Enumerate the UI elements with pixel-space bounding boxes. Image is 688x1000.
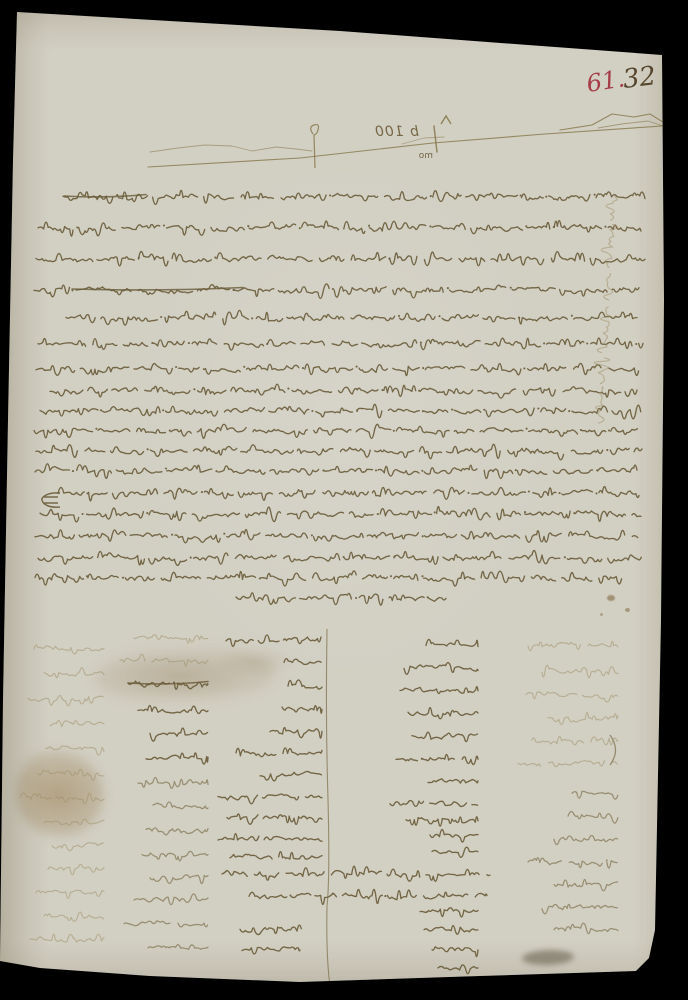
word-column-1 [20,645,104,942]
handwriting-stroke [167,465,212,472]
handwriting-stroke [542,665,618,677]
handwriting-stroke [305,795,322,797]
word-column-2 [120,635,208,950]
handwriting-stroke [424,572,475,586]
handwriting-stroke [161,572,200,581]
handwriting-stroke [179,367,200,372]
interpunct-dot [447,287,449,289]
handwriting-stroke [359,365,387,373]
handwriting-stroke [130,533,167,537]
paragraph-mark [42,493,60,507]
handwriting-stroke [263,815,322,825]
handwriting-stroke [390,801,424,807]
word-column-4 [390,639,478,973]
word-list-item [30,934,104,942]
handwriting-stroke [198,387,226,394]
handwriting-stroke [424,410,448,414]
handwriting-stroke [438,965,478,974]
handwriting-stroke [547,339,584,346]
vertical-margin-note [589,195,621,423]
handwriting-stroke [44,819,104,825]
handwriting-stroke [351,315,395,320]
interpunct-dot [608,429,610,431]
interpunct-dot [203,368,205,370]
handwriting-stroke [50,390,83,396]
handwriting-stroke [430,801,467,806]
interpunct-dot [243,366,245,368]
word-list-item [424,925,478,934]
word-list-item [134,635,208,643]
mirrored-sub-marks: mo [418,151,433,161]
handwriting-stroke [44,668,104,678]
handwriting-stroke [315,893,336,904]
word-list-item [400,687,478,694]
photo-background: 61. 32 b 100 mo [0,0,688,1000]
mirrored-measure-label: b 100 [374,124,419,140]
handwriting-stroke [551,252,584,262]
word-list-item [146,828,208,835]
interpunct-dot [311,410,313,412]
handwriting-stroke [194,446,237,455]
handwriting-stroke [36,254,93,262]
handwriting-stroke [79,530,126,541]
word-list-item [230,852,322,859]
handwriting-stroke [344,552,389,560]
handwriting-stroke [424,925,478,934]
handwriting-stroke [571,450,602,454]
handwriting-stroke [612,405,641,419]
handwriting-line [236,593,446,605]
handwriting-stroke [197,424,246,438]
handwriting-stroke [266,533,308,538]
handwriting-stroke [122,225,160,230]
handwriting-stroke [207,572,255,580]
handwriting-stroke [390,253,417,265]
word-list-item [52,843,103,851]
handwriting-stroke [291,893,310,897]
handwriting-stroke [421,339,480,349]
handwriting-stroke [286,868,324,877]
handwriting-stroke [34,285,70,297]
interpunct-dot [175,366,177,368]
handwriting-stroke [263,794,299,800]
interpunct-dot [329,194,331,196]
handwriting-stroke [316,408,353,417]
word-list-item [284,659,321,665]
handwriting-stroke [88,574,118,579]
interpunct-dot [160,316,162,318]
handwriting-stroke [422,754,454,760]
handwriting-stroke [612,288,639,293]
handwriting-stroke [609,368,639,375]
word-list-item [528,858,617,868]
handwriting-stroke [432,947,478,957]
handwriting-stroke [93,339,117,350]
folio-number-red: 61. [585,64,627,98]
handwriting-stroke [475,893,487,896]
handwriting-stroke [334,287,386,298]
word-list-item [554,835,618,844]
handwriting-stroke [240,925,301,934]
handwriting-stroke [424,465,477,474]
handwriting-stroke [428,779,478,783]
handwriting-stroke [194,553,228,564]
handwriting-stroke [605,195,618,220]
word-list-item [270,728,322,739]
interpunct-dot [287,388,289,390]
interpunct-dot [122,577,124,579]
handwriting-stroke [66,315,95,323]
handwriting-line [40,507,641,522]
word-list-item [46,746,104,755]
handwriting-stroke [204,489,233,499]
handwriting-stroke [408,708,478,719]
word-list-item [528,641,618,650]
handwriting-stroke [224,408,264,413]
handwriting-stroke [554,835,618,844]
handwriting-stroke [261,573,306,586]
word-list-item [572,791,618,799]
handwriting-stroke [153,340,184,347]
handwriting-stroke [528,642,580,651]
handwriting-stroke [87,508,144,519]
handwriting-stroke [393,287,443,298]
interpunct-dot [188,342,190,344]
interpunct-dot [451,409,453,411]
handwriting-stroke [218,834,259,841]
handwriting-stroke [124,921,170,926]
handwriting-stroke [509,550,560,563]
handwriting-stroke [223,310,249,324]
handwriting-stroke [288,680,322,689]
interpunct-dot [467,492,469,494]
handwriting-stroke [241,445,293,454]
handwriting-stroke [527,223,550,229]
handwriting-stroke [34,645,104,654]
handwriting-stroke [471,364,521,375]
handwriting-stroke [287,511,343,519]
interpunct-dot [247,225,249,227]
handwriting-stroke [388,409,419,412]
handwriting-stroke [608,555,642,563]
handwriting-stroke [462,756,478,764]
handwriting-line [36,444,642,460]
handwriting-stroke [242,947,300,954]
word-list-item [150,875,208,884]
handwriting-line [38,550,641,565]
handwriting-stroke [284,554,340,562]
handwriting-stroke [249,892,287,898]
handwriting-stroke [593,357,610,384]
interpunct-dot [545,196,547,198]
handwriting-stroke [270,728,322,739]
handwriting-stroke [597,306,611,353]
handwriting-stroke [394,574,418,580]
handwriting-stroke [412,732,478,741]
interpunct-dot [72,470,74,472]
handwriting-stroke [258,635,279,643]
handwriting-stroke [134,635,208,643]
interpunct-dot [429,225,431,227]
handwriting-stroke [588,641,618,647]
handwriting-stroke [40,409,98,416]
handwriting-stroke [362,340,417,348]
handwriting-stroke [149,557,187,565]
interpunct-dot [430,195,432,197]
handwriting-stroke [245,507,280,521]
handwriting-stroke [466,193,518,200]
handwriting-stroke [525,511,570,518]
handwriting-line [222,866,490,881]
handwriting-stroke [38,222,73,236]
handwriting-stroke [35,574,84,585]
handwriting-stroke [396,759,417,761]
handwriting-stroke [283,637,321,644]
handwriting-stroke [278,284,329,299]
interpunct-dot [434,511,436,513]
handwriting-stroke [138,706,208,714]
paragraph-mark-glyph [42,493,60,507]
handwriting-stroke [447,444,501,458]
handwriting-stroke [120,654,145,662]
interpunct-dot [215,470,217,472]
handwriting-stroke [434,487,464,499]
handwriting-stroke [56,793,104,803]
folio-numbers: 61. 32 [585,61,658,98]
handwriting-stroke [287,313,344,320]
word-list-item [282,706,322,714]
interpunct-dot [162,409,164,411]
handwriting-stroke [167,226,205,236]
handwriting-stroke [517,470,546,475]
handwriting-stroke [420,388,472,395]
handwriting-stroke [393,366,419,375]
word-list-item [432,847,478,857]
interpunct-dot [375,469,377,471]
word-list-item [428,779,478,783]
word-list-item [120,654,208,666]
handwriting-stroke [487,875,490,876]
handwriting-stroke [235,555,276,559]
word-list-item [148,945,208,950]
handwriting-stroke [137,428,166,433]
word-list-item [260,771,322,781]
interpunct-dot [528,490,530,492]
handwriting-stroke [332,341,357,346]
handwriting-stroke [238,492,272,500]
handwriting-stroke [153,190,198,204]
handwriting-stroke [150,728,208,741]
handwriting-stroke [30,934,104,942]
interpunct-dot [543,342,545,344]
handwriting-stroke [112,388,138,391]
handwriting-stroke [269,407,309,414]
interpunct-dot [526,428,528,430]
handwriting-stroke [340,448,370,458]
interpunct-dot [537,407,539,409]
word-list-item [218,794,322,804]
handwriting-stroke [563,387,621,397]
interpunct-dot [311,534,313,536]
handwriting-stroke [526,531,562,542]
handwriting-stroke [279,852,322,859]
handwriting-stroke [375,450,414,457]
handwriting-stroke [396,426,449,437]
handwriting-stroke [378,466,419,476]
handwriting-line [34,424,637,438]
word-list-item [390,801,478,807]
word-list-item [548,712,618,724]
handwriting-stroke [77,465,112,479]
interpunct-dot [381,389,383,391]
handwriting-stroke [254,872,278,880]
handwriting-stroke [224,343,263,350]
handwriting-stroke [472,488,526,496]
word-list-item [150,728,208,741]
interpunct-dot [595,492,597,494]
handwriting-line [36,251,645,266]
handwriting-stroke [300,593,352,604]
handwriting-stroke [625,389,637,396]
strikethrough-line [64,195,146,197]
handwriting-stroke [549,195,590,201]
interpunct-dot [165,467,167,469]
handwriting-stroke [222,871,247,877]
handwriting-stroke [218,466,265,474]
interpunct-dot [568,410,570,412]
handwriting-stroke [569,861,602,868]
handwriting-stroke [48,864,104,875]
handwriting-stroke [314,428,351,435]
handwriting-stroke [324,466,373,472]
handwriting-stroke [98,551,145,564]
handwriting-stroke [146,753,208,764]
word-list-item [396,754,478,764]
word-list-item [44,912,104,921]
word-list-item [242,947,300,954]
handwriting-stroke [481,571,524,582]
margin-note-run [589,195,621,423]
handwriting-stroke [332,193,377,200]
handwriting-stroke [533,488,556,497]
handwriting-stroke [331,866,381,878]
word-list-item [240,925,301,934]
word-list-item [288,680,322,689]
handwriting-stroke [528,364,566,371]
interpunct-dot [251,317,253,319]
handwriting-stroke [52,843,103,851]
handwriting-stroke [437,507,491,520]
word-list-item [36,890,104,898]
handwriting-stroke [512,287,555,291]
handwriting-stroke [150,875,208,884]
handwriting-stroke [58,487,84,495]
word-list-item [227,814,322,824]
handwriting-stroke [314,533,364,541]
handwriting-stroke [454,429,473,433]
vocabulary-columns [20,635,618,974]
handwriting-line [40,404,641,419]
interpunct-dot [398,315,400,317]
interpunct-dot [356,366,358,368]
word-column-5 [518,641,618,933]
handwriting-stroke [424,252,451,266]
handwriting-stroke [369,221,425,231]
loop-mark [311,125,319,168]
handwriting-stroke [123,342,147,346]
handwriting-stroke [542,904,617,914]
handwriting-stroke [125,576,154,580]
handwriting-stroke [178,923,208,927]
handwriting-stroke [632,536,637,538]
handwriting-line [34,284,639,299]
word-list-item [420,908,478,917]
interpunct-dot [586,342,588,344]
handwriting-stroke [230,854,272,859]
interpunct-dot [635,343,637,345]
handwriting-stroke [268,255,312,261]
handwriting-stroke [443,552,501,561]
handwriting-stroke [297,449,332,455]
handwriting-line [50,384,637,398]
interpunct-dot [190,557,192,559]
handwriting-stroke [172,253,211,262]
handwriting-stroke [432,224,465,230]
interpunct-dot [95,428,97,430]
handwriting-stroke [247,364,299,370]
handwriting-stroke [88,387,108,397]
handwriting-stroke [387,890,416,900]
handwriting-stroke [351,253,385,261]
interpunct-dot [82,513,84,515]
interpunct-dot [606,449,608,451]
handwriting-stroke [38,339,86,347]
word-list-item [432,947,478,957]
handwriting-stroke [206,369,241,375]
handwriting-stroke [518,763,540,766]
handwriting-stroke [483,316,515,321]
handwriting-stroke [528,858,562,865]
handwriting-stroke [231,384,285,395]
handwriting-stroke [532,737,583,745]
word-list-item [226,635,321,646]
handwriting-stroke [603,273,613,300]
word-list-item [542,904,617,914]
word-list-item [153,802,208,809]
interpunct-dot [163,224,165,226]
word-list-item [426,639,478,646]
handwriting-stroke [485,338,540,349]
handwriting-stroke [268,340,296,347]
handwriting-stroke [279,490,315,498]
handwriting-stroke [367,532,418,538]
interpunct-dot [571,315,573,317]
handwriting-stroke [116,468,162,474]
handwriting-stroke [50,721,104,727]
interpunct-dot [420,342,422,344]
word-list-item [404,663,478,675]
handwriting-stroke [101,317,158,325]
handwriting-stroke [529,429,578,436]
handwriting-stroke [292,389,332,394]
interpunct-dot [515,469,517,471]
interpunct-dot [146,512,148,514]
landscape-sketch: b 100 mo [148,114,666,168]
handwriting-stroke [236,748,276,756]
main-text-block [34,190,645,605]
handwriting-stroke [284,659,321,665]
handwriting-stroke [281,193,326,200]
